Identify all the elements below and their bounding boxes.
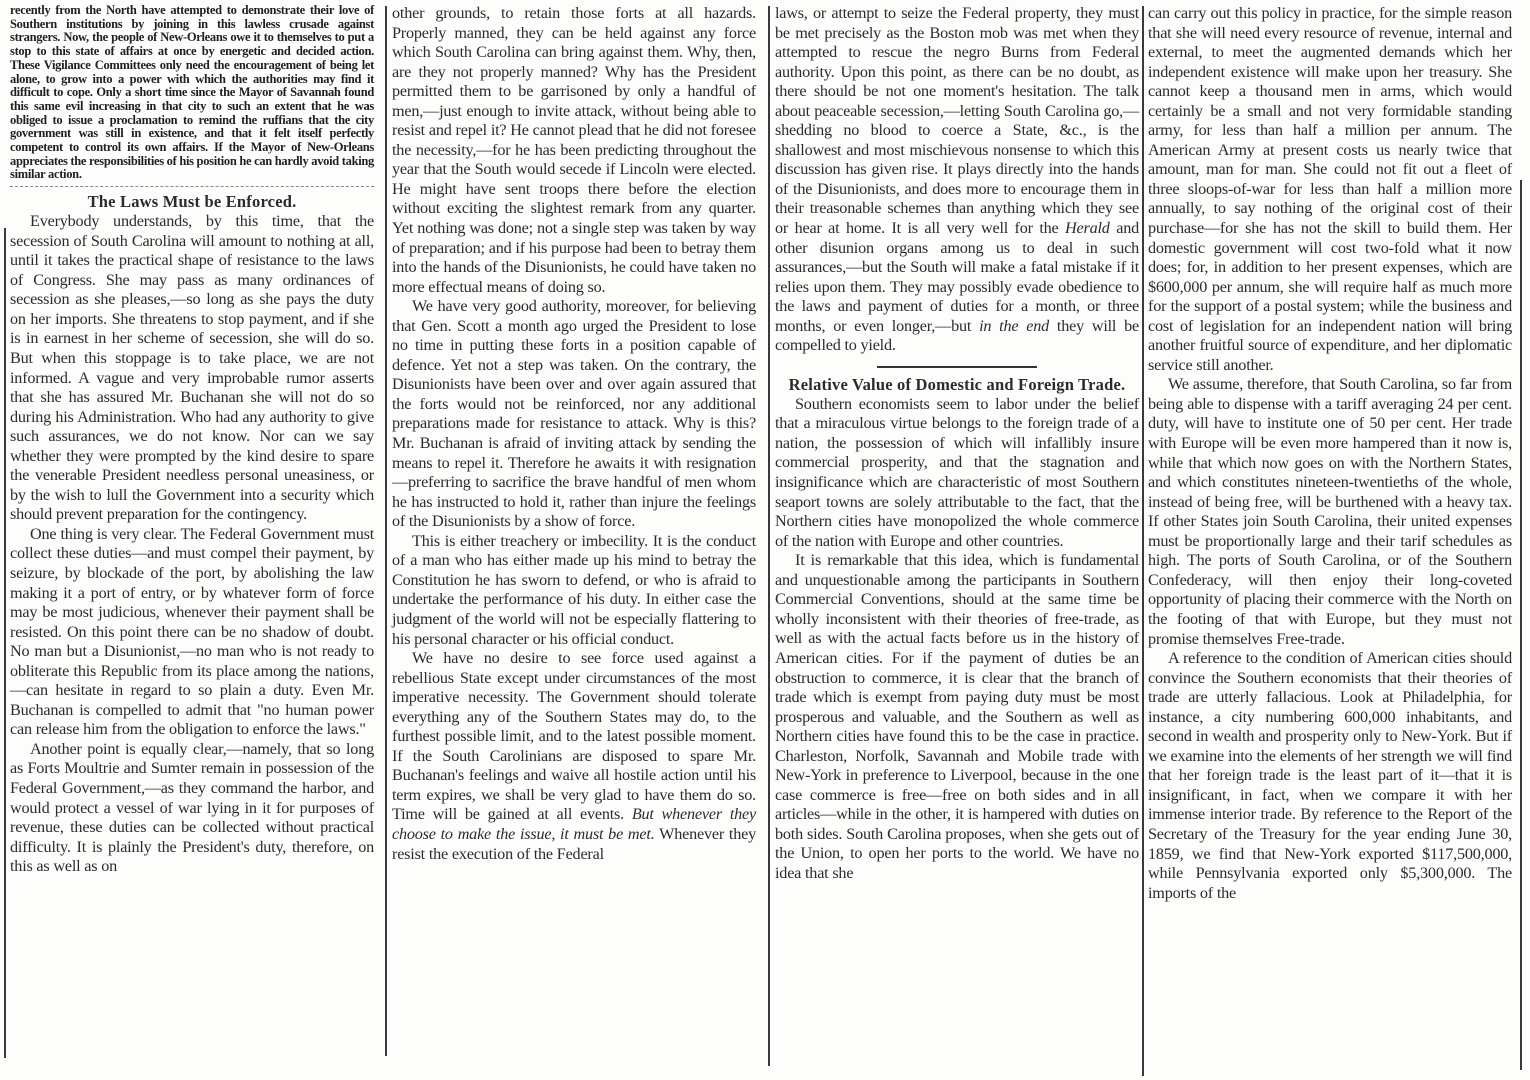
paragraph: Everybody understands, by this time, tha… (10, 212, 374, 525)
column-rule-left (4, 228, 6, 1058)
column-rule-2 (768, 6, 770, 1066)
emphasis-herald: Herald (1065, 219, 1110, 237)
section-divider (877, 366, 1037, 368)
paragraph: A reference to the condition of American… (1148, 649, 1512, 903)
paragraph-continued: laws, or attempt to seize the Federal pr… (775, 4, 1139, 356)
previous-article-fragment: recently from the North have attempted t… (10, 4, 374, 187)
paragraph: We assume, therefore, that South Carolin… (1148, 375, 1512, 649)
column-1: recently from the North have attempted t… (10, 4, 374, 877)
column-rule-3 (1142, 6, 1144, 1076)
paragraph: Another point is equally clear,—namely, … (10, 740, 374, 877)
paragraph-continued: other grounds, to retain those forts at … (392, 4, 756, 297)
paragraph-text: We have no desire to see force used agai… (392, 649, 756, 823)
column-4: can carry out this policy in practice, f… (1148, 4, 1512, 903)
column-3: laws, or attempt to seize the Federal pr… (775, 4, 1139, 884)
newspaper-page: recently from the North have attempted t… (0, 0, 1530, 1080)
previous-article-text: recently from the North have attempted t… (10, 4, 374, 182)
paragraph-continued: can carry out this policy in practice, f… (1148, 4, 1512, 375)
column-rule-1 (385, 6, 387, 1056)
headline-relative-value: Relative Value of Domestic and Foreign T… (775, 374, 1139, 395)
paragraph: It is remarkable that this idea, which i… (775, 551, 1139, 883)
paragraph: Southern economists seem to labor under … (775, 395, 1139, 551)
paragraph: This is either treachery or imbecility. … (392, 532, 756, 649)
emphasis-in-the-end: in the end (979, 317, 1049, 335)
column-2: other grounds, to retain those forts at … (392, 4, 756, 864)
paragraph: We have no desire to see force used agai… (392, 649, 756, 864)
paragraph: One thing is very clear. The Federal Gov… (10, 525, 374, 740)
paragraph: We have very good authority, moreover, f… (392, 297, 756, 532)
headline-laws-enforced: The Laws Must be Enforced. (10, 191, 374, 212)
paragraph-text: laws, or attempt to seize the Federal pr… (775, 4, 1139, 237)
column-rule-right (1520, 180, 1522, 1070)
